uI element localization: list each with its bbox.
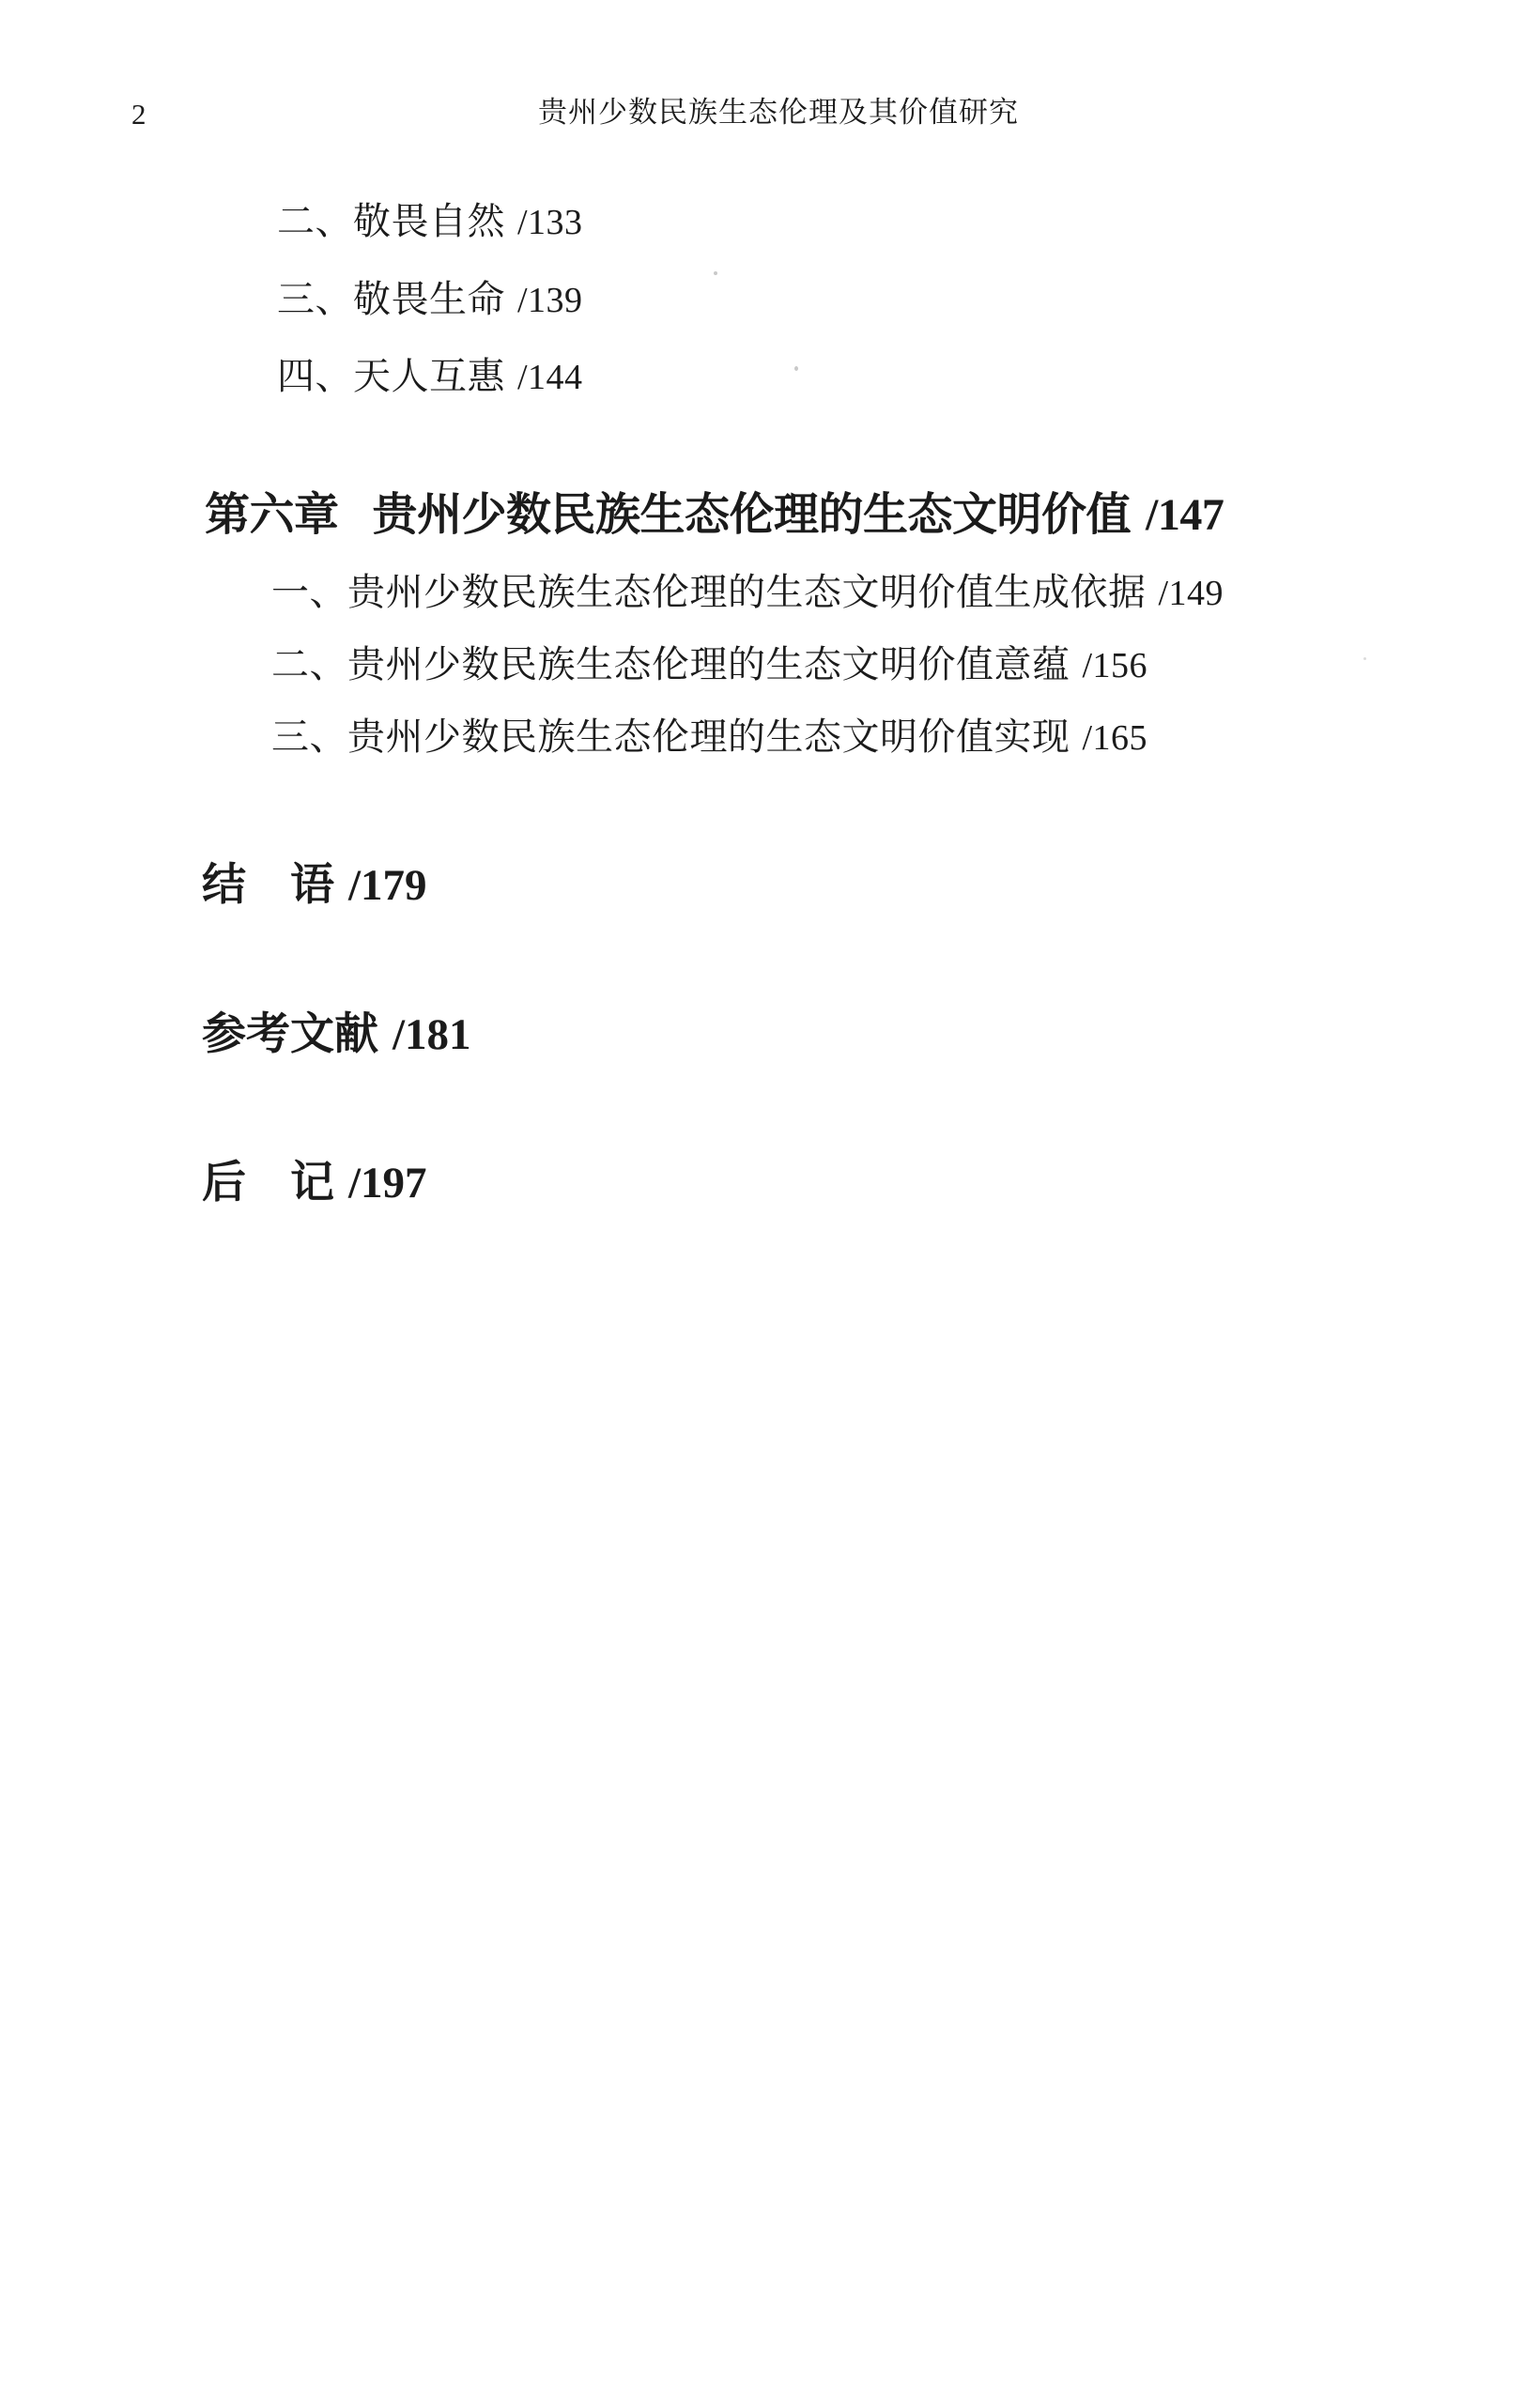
- toc-entry: 二、贵州少数民族生态伦理的生态文明价值意蕴/156: [271, 646, 1147, 684]
- toc-entry: 二、敬畏自然/133: [277, 203, 583, 240]
- page-number: 2: [131, 100, 146, 129]
- toc-entry-label: 参考文献: [202, 1010, 378, 1059]
- toc-entry-label: 二、贵州少数民族生态伦理的生态文明价值意蕴: [271, 643, 1070, 685]
- toc-entry-page: /165: [1083, 718, 1148, 758]
- scan-speck: [714, 271, 717, 275]
- scan-speck: [794, 366, 798, 371]
- chapter-title: 贵州少数民族生态伦理的生态文明价值: [373, 490, 1132, 540]
- running-title: 贵州少数民族生态伦理及其价值研究: [538, 98, 1019, 127]
- toc-entry-page: /197: [348, 1159, 427, 1208]
- toc-backmatter-entry: 参考文献/181: [202, 1013, 471, 1057]
- toc-entry-label: 三、敬畏生命: [277, 278, 505, 320]
- toc-entry: 一、贵州少数民族生态伦理的生态文明价值生成依据/149: [271, 574, 1224, 611]
- toc-entry-label: 后 记: [202, 1159, 334, 1208]
- toc-entry-page: /149: [1159, 574, 1224, 613]
- toc-entry-page: /139: [517, 281, 583, 320]
- toc-entry-label: 二、敬畏自然: [277, 200, 505, 242]
- chapter-number: 第六章: [205, 490, 339, 540]
- toc-chapter-heading: 第六章贵州少数民族生态伦理的生态文明价值/147: [205, 493, 1224, 538]
- toc-entry-page: /156: [1083, 646, 1148, 685]
- toc-entry-page: /133: [517, 203, 583, 242]
- toc-backmatter-entry: 后 记/197: [202, 1162, 427, 1206]
- toc-entry-label: 结 语: [202, 861, 334, 910]
- toc-entry-label: 四、天人互惠: [277, 355, 505, 397]
- toc-entry: 三、敬畏生命/139: [277, 281, 583, 318]
- book-toc-page: 2 贵州少数民族生态伦理及其价值研究 二、敬畏自然/133 三、敬畏生命/139…: [0, 0, 1540, 2400]
- toc-entry: 三、贵州少数民族生态伦理的生态文明价值实现/165: [271, 718, 1147, 756]
- toc-entry: 四、天人互惠/144: [277, 358, 583, 395]
- toc-entry-label: 一、贵州少数民族生态伦理的生态文明价值生成依据: [271, 571, 1147, 613]
- toc-entry-label: 三、贵州少数民族生态伦理的生态文明价值实现: [271, 715, 1070, 758]
- toc-backmatter-entry: 结 语/179: [202, 864, 427, 908]
- scan-speck: [1363, 657, 1366, 660]
- chapter-page: /147: [1146, 490, 1224, 540]
- toc-entry-page: /181: [393, 1010, 471, 1059]
- toc-entry-page: /179: [348, 861, 427, 910]
- toc-entry-page: /144: [517, 358, 583, 397]
